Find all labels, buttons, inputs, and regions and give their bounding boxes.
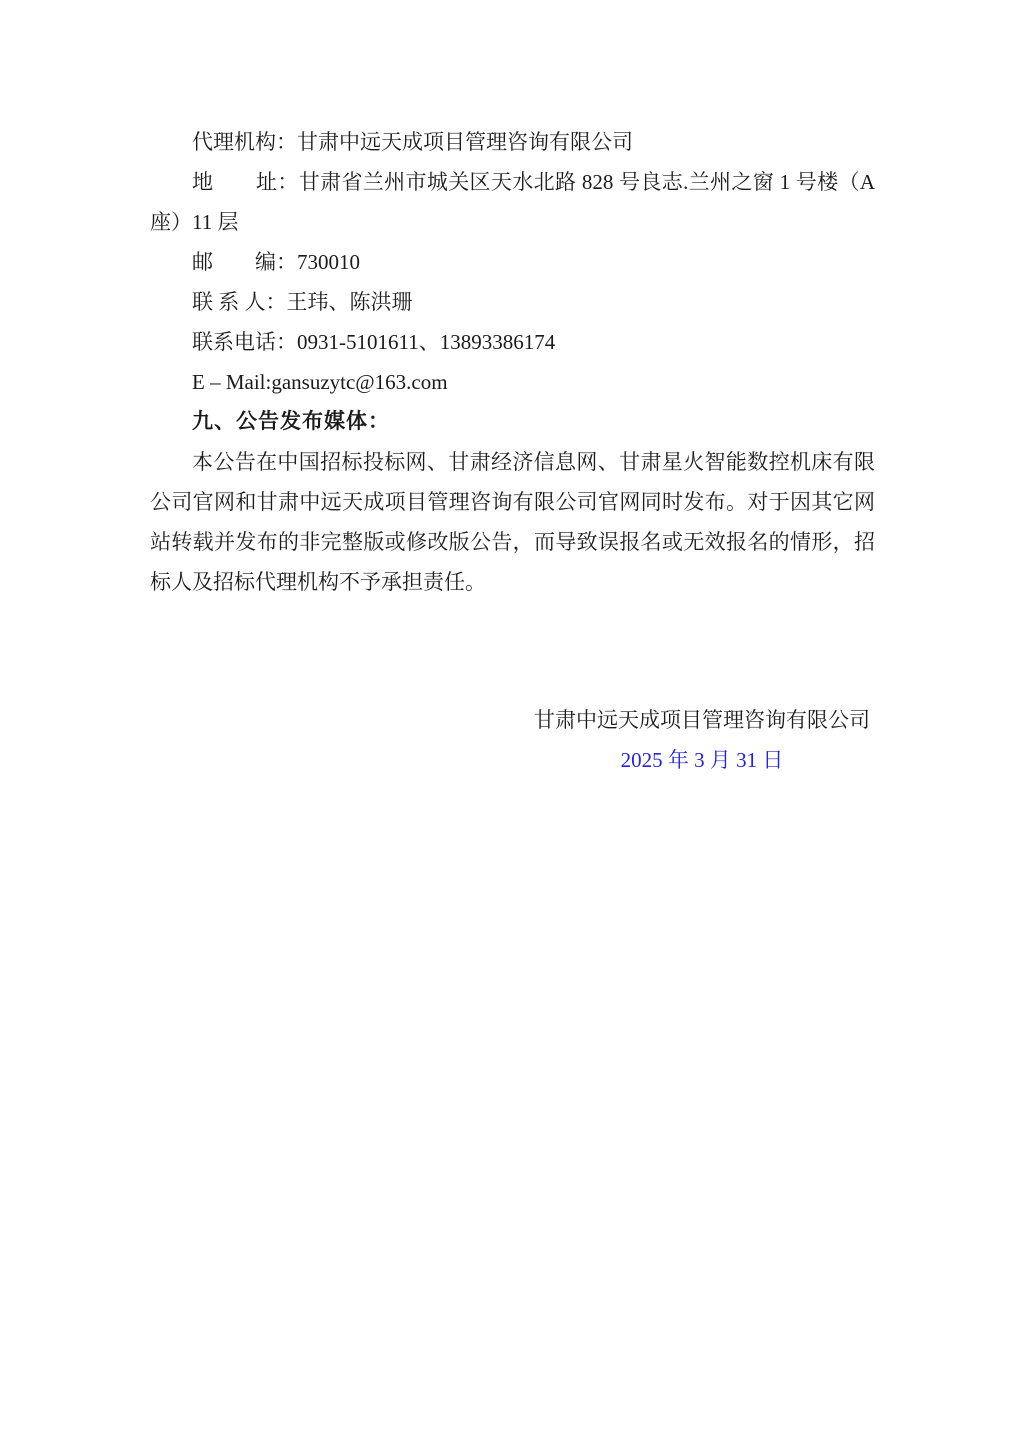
contact-person-line: 联 系 人：王玮、陈洪珊 xyxy=(150,282,875,322)
signature-company: 甘肃中远天成项目管理咨询有限公司 xyxy=(534,700,870,740)
document-content: 代理机构：甘肃中远天成项目管理咨询有限公司 地 址：甘肃省兰州市城关区天水北路 … xyxy=(0,0,1024,780)
phone-line: 联系电话：0931-5101611、13893386174 xyxy=(150,322,875,362)
address-line: 地 址：甘肃省兰州市城关区天水北路 828 号良志.兰州之窗 1 号楼（A座）1… xyxy=(150,162,875,242)
signature-date: 2025 年 3 月 31 日 xyxy=(534,740,870,780)
email-line: E – Mail:gansuzytc@163.com xyxy=(150,362,875,402)
section-heading-announcement-media: 九、公告发布媒体： xyxy=(150,402,875,442)
signature-block: 甘肃中远天成项目管理咨询有限公司 2025 年 3 月 31 日 xyxy=(150,700,875,780)
postcode-line: 邮 编：730010 xyxy=(150,242,875,282)
signature-inner: 甘肃中远天成项目管理咨询有限公司 2025 年 3 月 31 日 xyxy=(534,700,870,780)
announcement-media-paragraph: 本公告在中国招标投标网、甘肃经济信息网、甘肃星火智能数控机床有限公司官网和甘肃中… xyxy=(150,442,875,602)
agency-line: 代理机构：甘肃中远天成项目管理咨询有限公司 xyxy=(150,122,875,162)
document-page: 代理机构：甘肃中远天成项目管理咨询有限公司 地 址：甘肃省兰州市城关区天水北路 … xyxy=(0,0,1024,1448)
